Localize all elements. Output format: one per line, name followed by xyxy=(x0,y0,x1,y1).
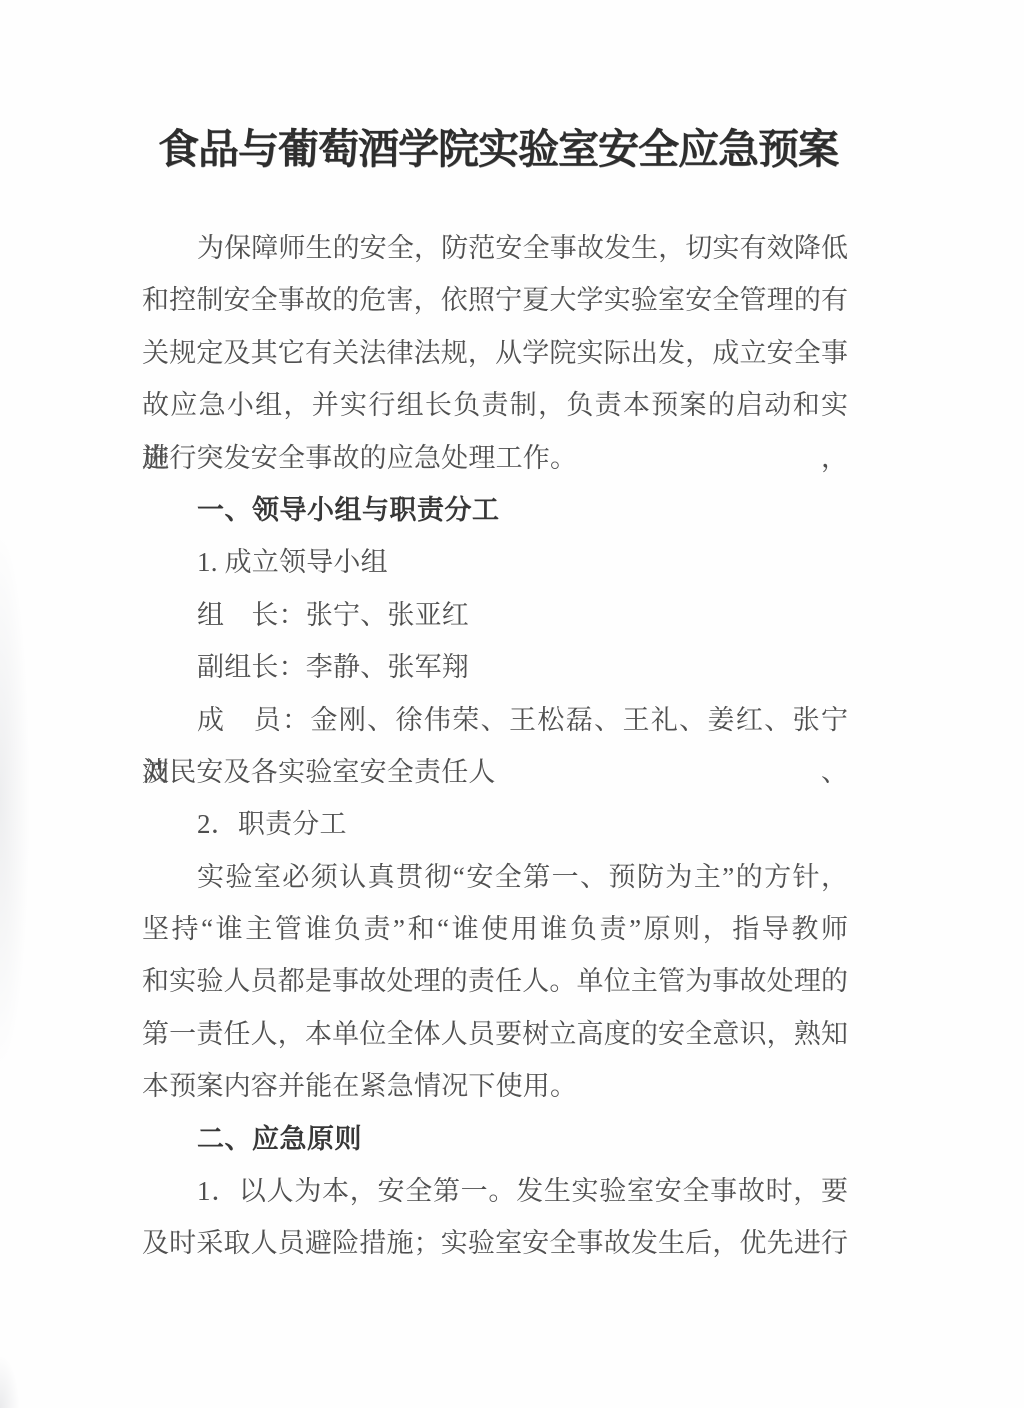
document-page: 食品与葡萄酒学院实验室安全应急预案 为保障师生的安全，防范安全事故发生，切实有效… xyxy=(0,0,1024,1408)
paragraph-line: 第一责任人，本单位全体人员要树立高度的安全意识，熟知 xyxy=(142,1008,848,1060)
paragraph-line: 坚持“谁主管谁负责”和“谁使用谁负责”原则，指导教师 xyxy=(142,903,848,955)
document-body: 为保障师生的安全，防范安全事故发生，切实有效降低 和控制安全事故的危害，依照宁夏… xyxy=(142,222,848,1270)
paragraph-line: 为保障师生的安全，防范安全事故发生，切实有效降低 xyxy=(142,222,848,274)
paragraph-line: 实验室必须认真贯彻“安全第一、预防为主”的方针， xyxy=(142,851,848,903)
leader-line: 组 长：张宁、张亚红 xyxy=(142,589,848,641)
document-title: 食品与葡萄酒学院实验室安全应急预案 xyxy=(142,116,854,175)
list-item: 2．职责分工 xyxy=(142,798,848,850)
members-line: 成 员：金刚、徐伟荣、王松磊、王礼、姜红、张宁波、 xyxy=(142,694,848,746)
paragraph-line: 及时采取人员避险措施；实验室安全事故发生后，优先进行 xyxy=(142,1217,848,1269)
paragraph-line: 故应急小组，并实行组长负责制，负责本预案的启动和实施， xyxy=(142,379,848,431)
section-heading-2: 二、应急原则 xyxy=(142,1113,848,1165)
paragraph-line: 本预案内容并能在紧急情况下使用。 xyxy=(142,1060,848,1112)
paragraph-line: 和实验人员都是事故处理的责任人。单位主管为事故处理的 xyxy=(142,955,848,1007)
deputy-leader-line: 副组长：李静、张军翔 xyxy=(142,641,848,693)
paragraph-line: 1．以人为本，安全第一。发生实验室安全事故时，要 xyxy=(142,1165,848,1217)
section-heading-1: 一、领导小组与职责分工 xyxy=(142,484,848,536)
list-item: 1. 成立领导小组 xyxy=(142,536,848,588)
paragraph-line: 关规定及其它有关法律法规，从学院实际出发，成立安全事 xyxy=(142,327,848,379)
paragraph-line: 和控制安全事故的危害，依照宁夏大学实验室安全管理的有 xyxy=(142,274,848,326)
